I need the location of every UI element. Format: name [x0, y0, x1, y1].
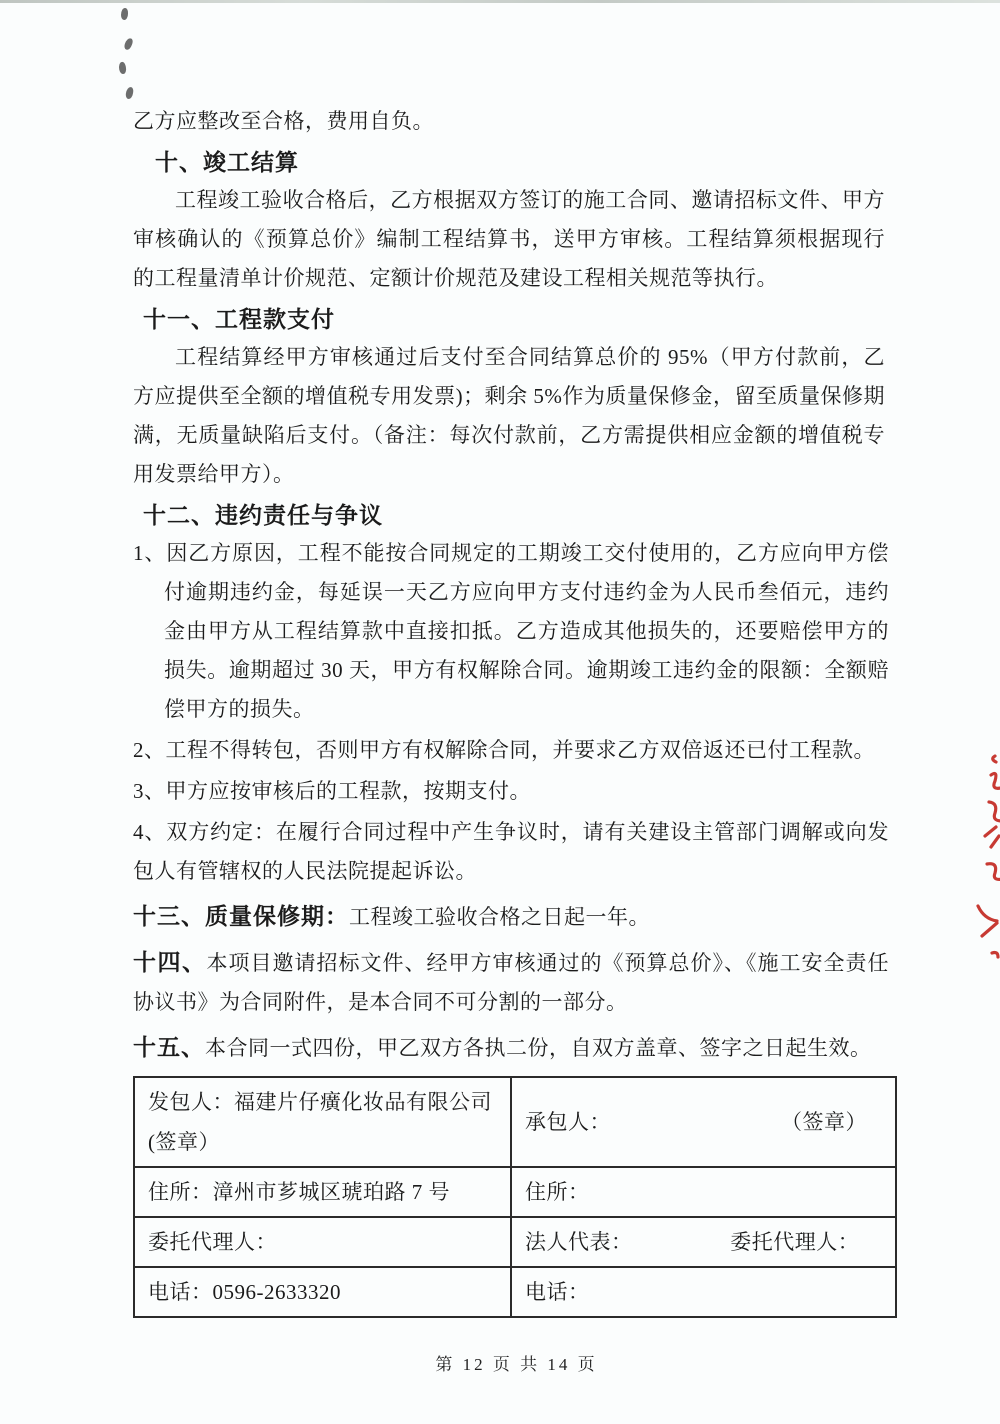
section-12-item-list: 1、因乙方原因，工程不能按合同规定的工期竣工交付使用的，乙方应向甲方偿付逾期违约… — [133, 534, 889, 891]
section-13-heading: 十三、质量保修期： — [133, 904, 349, 929]
contractor-label: 承包人： — [525, 1102, 611, 1142]
section-12-heading: 十二、违约责任与争议 — [143, 500, 900, 532]
section-14-heading: 十四、 — [133, 950, 207, 975]
contractor-seal-label: （签章） — [781, 1102, 867, 1142]
section-15-heading: 十五、 — [133, 1035, 205, 1060]
section-14-body: 本项目邀请招标文件、经甲方审核通过的《预算总价》、《施工安全责任协议书》为合同附… — [133, 951, 889, 1014]
section-11-heading: 十一、工程款支付 — [143, 304, 900, 336]
contractor-name-cell: 承包人： （签章） — [511, 1077, 896, 1167]
employer-phone-cell: 电话：0596-2633320 — [134, 1267, 511, 1317]
table-row: 电话：0596-2633320 电话： — [134, 1267, 896, 1317]
employer-name-cell: 发包人：福建片仔癀化妆品有限公司(签章） — [134, 1077, 511, 1167]
red-seal-fragment-icon — [970, 748, 1000, 963]
section-15-line: 十五、本合同一式四份，甲乙双方各执二份，自双方盖章、签字之日起生效。 — [133, 1028, 889, 1068]
contractor-rep-cell: 法人代表： 委托代理人： — [511, 1217, 896, 1267]
list-item: 3、甲方应按审核后的工程款，按期支付。 — [133, 772, 889, 811]
signature-table: 发包人：福建片仔癀化妆品有限公司(签章） 承包人： （签章） 住所：漳州市芗城区… — [133, 1076, 897, 1318]
table-row: 发包人：福建片仔癀化妆品有限公司(签章） 承包人： （签章） — [134, 1077, 896, 1167]
employer-agent-cell: 委托代理人： — [134, 1217, 511, 1267]
contractor-agent-label: 委托代理人： — [730, 1230, 859, 1254]
page-number-footer: 第 12 页 共 14 页 — [133, 1350, 900, 1375]
section-14-line: 十四、本项目邀请招标文件、经甲方审核通过的《预算总价》、《施工安全责任协议书》为… — [133, 943, 889, 1022]
section-13-body: 工程竣工验收合格之日起一年。 — [349, 905, 650, 929]
list-item: 1、因乙方原因，工程不能按合同规定的工期竣工交付使用的，乙方应向甲方偿付逾期违约… — [133, 534, 889, 729]
legal-rep-label: 法人代表： — [525, 1230, 633, 1254]
section-11-body: 工程结算经甲方审核通过后支付至合同结算总价的 95%（甲方付款前，乙方应提供至全… — [133, 338, 885, 494]
contractor-phone-cell: 电话： — [511, 1267, 896, 1317]
section-10-body: 工程竣工验收合格后，乙方根据双方签订的施工合同、邀请招标文件、甲方审核确认的《预… — [133, 181, 885, 298]
contractor-address-cell: 住所： — [511, 1167, 896, 1217]
section-10-heading: 十、竣工结算 — [155, 147, 900, 179]
table-row: 住所：漳州市芗城区琥珀路 7 号 住所： — [134, 1167, 896, 1217]
employer-address-cell: 住所：漳州市芗城区琥珀路 7 号 — [134, 1167, 511, 1217]
list-item: 2、工程不得转包，否则甲方有权解除合同，并要求乙方双倍返还已付工程款。 — [133, 731, 889, 770]
section-13-line: 十三、质量保修期：工程竣工验收合格之日起一年。 — [133, 897, 889, 937]
carryover-paragraph: 乙方应整改至合格，费用自负。 — [133, 102, 900, 141]
section-15-body: 本合同一式四份，甲乙双方各执二份，自双方盖章、签字之日起生效。 — [205, 1036, 872, 1060]
table-row: 委托代理人： 法人代表： 委托代理人： — [134, 1217, 896, 1267]
list-item: 4、双方约定：在履行合同过程中产生争议时，请有关建设主管部门调解或向发包人有管辖… — [133, 813, 889, 891]
contract-page: 乙方应整改至合格，费用自负。 十、竣工结算 工程竣工验收合格后，乙方根据双方签订… — [0, 0, 1000, 1375]
